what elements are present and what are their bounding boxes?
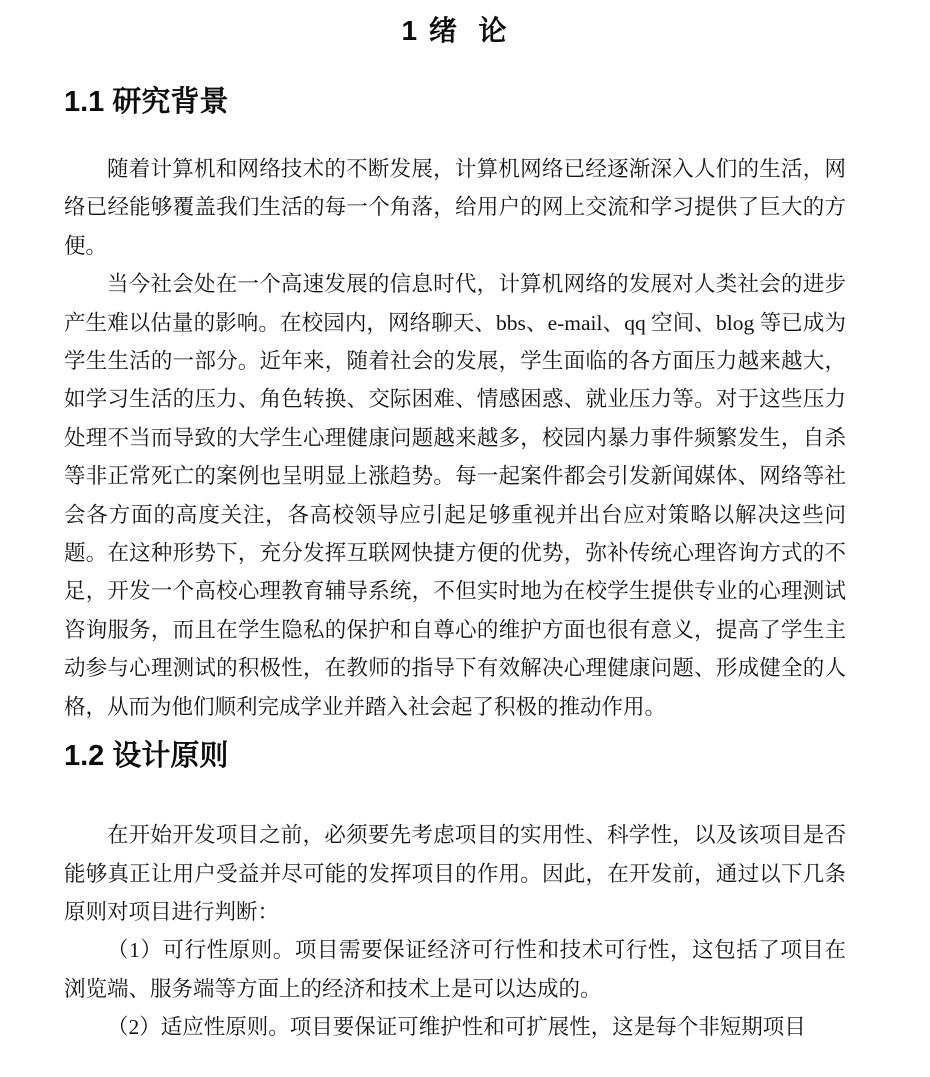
paragraph-network-development: 随着计算机和网络技术的不断发展，计算机网络已经逐渐深入人们的生活，网络已经能够覆… — [64, 150, 846, 265]
section-heading-research-background: 1.1 研究背景 — [64, 82, 846, 122]
section-heading-design-principles: 1.2 设计原则 — [64, 736, 846, 776]
paragraph-student-pressure: 当今社会处在一个高速发展的信息时代，计算机网络的发展对人类社会的进步产生难以估量… — [64, 265, 846, 726]
list-item-feasibility-principle: （1）可行性原则。项目需要保证经济可行性和技术可行性，这包括了项目在浏览端、服务… — [64, 931, 846, 1008]
chapter-title: 1 绪 论 — [64, 12, 846, 50]
document-page: 1 绪 论 1.1 研究背景 随着计算机和网络技术的不断发展，计算机网络已经逐渐… — [0, 0, 930, 1077]
paragraph-principles-intro: 在开始开发项目之前，必须要先考虑项目的实用性、科学性，以及该项目是否能够真正让用… — [64, 816, 846, 931]
list-item-adaptability-principle: （2）适应性原则。项目要保证可维护性和可扩展性，这是每个非短期项目 — [64, 1008, 846, 1046]
